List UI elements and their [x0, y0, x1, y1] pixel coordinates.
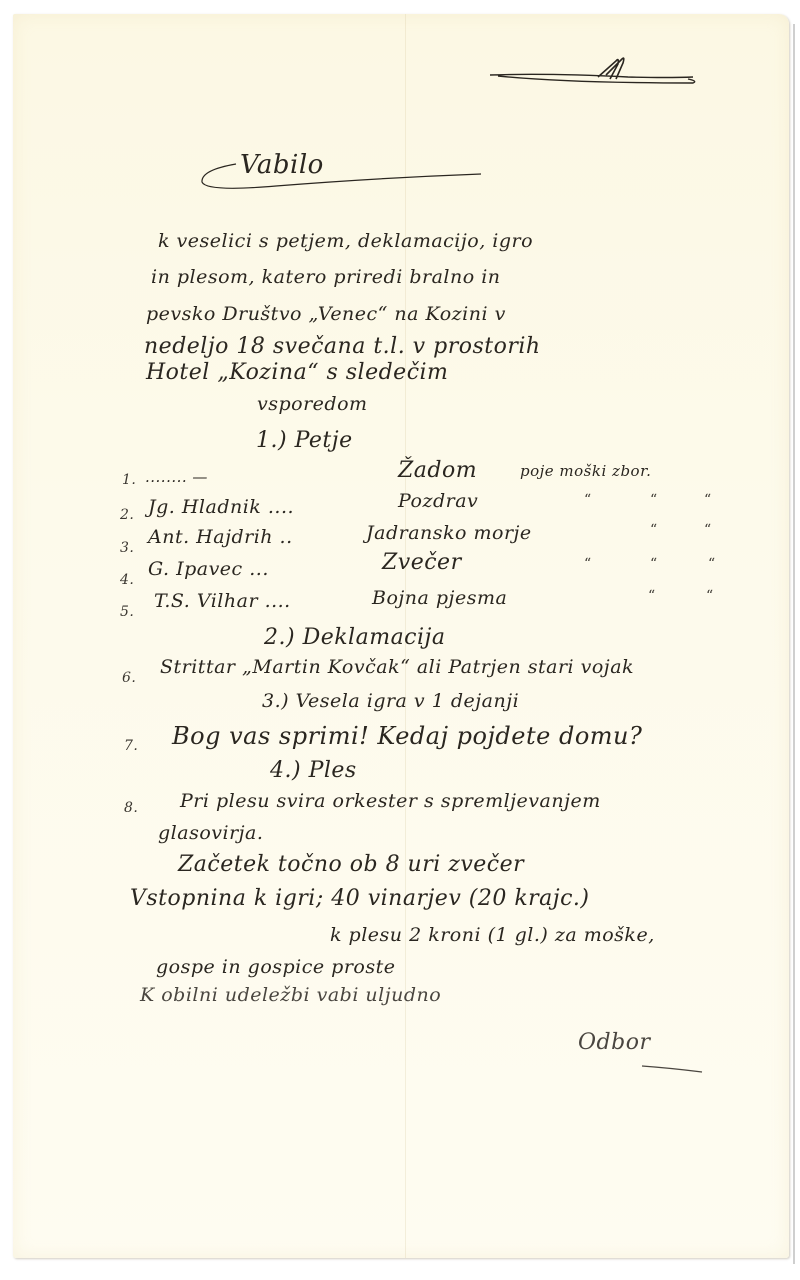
intro-line-2: in plesom, katero priredi bralno in [151, 266, 501, 288]
admission-line-2: k plesu 2 kroni (1 gl.) za moške, [330, 924, 655, 946]
item-1-author: ........ — [145, 468, 208, 486]
section-1-heading: 1.) Petje [256, 428, 353, 453]
intro-line-1: k veselici s petjem, deklamacijo, igro [158, 230, 533, 252]
section-4-heading: 4.) Ples [270, 758, 357, 783]
section-3-heading: 3.) Vesela igra v 1 dejanji [262, 690, 519, 712]
item-4-ditto-3: “ [708, 556, 715, 572]
item-2-ditto-1: “ [584, 492, 591, 508]
item-2-work: Pozdrav [398, 490, 478, 512]
item-7-text: Bog vas sprimi! Kedaj pojdete domu? [172, 722, 642, 750]
item-3-author: Ant. Hajdrih .. [148, 526, 293, 548]
item-3-work: Jadransko morje [366, 522, 532, 544]
monogram-flourish [488, 55, 708, 95]
item-4-work: Zvečer [382, 550, 462, 575]
item-5-author: T.S. Vilhar .... [154, 590, 291, 612]
item-8-text: Pri plesu svira orkester s spremljevanje… [180, 790, 601, 812]
item-7-number: 7. [124, 738, 138, 754]
intro-line-5: Hotel „Kozina“ s sledečim [146, 360, 448, 385]
item-3-number: 3. [120, 540, 134, 556]
item-6-number: 6. [122, 670, 136, 686]
item-4-author: G. Ipavec ... [148, 558, 269, 580]
signature: Odbor [578, 1030, 650, 1055]
item-2-number: 2. [120, 507, 134, 523]
admission-line-1: Vstopnina k igri; 40 vinarjev (20 krajc.… [130, 886, 590, 911]
closing-line: K obilni udeležbi vabi uljudno [140, 984, 441, 1006]
intro-line-3: pevsko Društvo „Venec“ na Kozini v [146, 303, 506, 325]
item-5-ditto-2: “ [706, 588, 713, 604]
item-6-text: Strittar „Martin Kovčak“ ali Patrjen sta… [160, 656, 634, 678]
item-2-author: Jg. Hladnik .... [148, 496, 294, 518]
item-5-ditto-1: “ [648, 588, 655, 604]
section-2-heading: 2.) Deklamacija [264, 625, 445, 650]
item-2-ditto-3: “ [704, 492, 711, 508]
paper-edge-shadow [793, 24, 795, 1264]
program-heading: vsporedom [257, 393, 368, 415]
start-time: Začetek točno ob 8 uri zvečer [178, 852, 524, 877]
item-4-ditto-2: “ [650, 556, 657, 572]
item-2-ditto-2: “ [650, 492, 657, 508]
item-4-ditto-1: “ [584, 556, 591, 572]
item-4-number: 4. [120, 572, 134, 588]
item-5-number: 5. [120, 604, 134, 620]
intro-line-4: nedeljo 18 svečana t.l. v prostorih [144, 334, 541, 359]
signature-flourish [640, 1060, 710, 1076]
item-8-text-continued: glasovirja. [158, 822, 263, 844]
item-1-note: poje moški zbor. [520, 462, 651, 480]
admission-line-3: gospe in gospice proste [156, 956, 395, 978]
item-1-number: 1. [122, 472, 136, 488]
title-underline-flourish [196, 160, 486, 195]
item-3-ditto-1: “ [650, 522, 657, 538]
item-8-number: 8. [124, 800, 138, 816]
item-5-work: Bojna pjesma [372, 587, 507, 609]
item-3-ditto-2: “ [704, 522, 711, 538]
item-1-work: Žadom [398, 458, 477, 483]
